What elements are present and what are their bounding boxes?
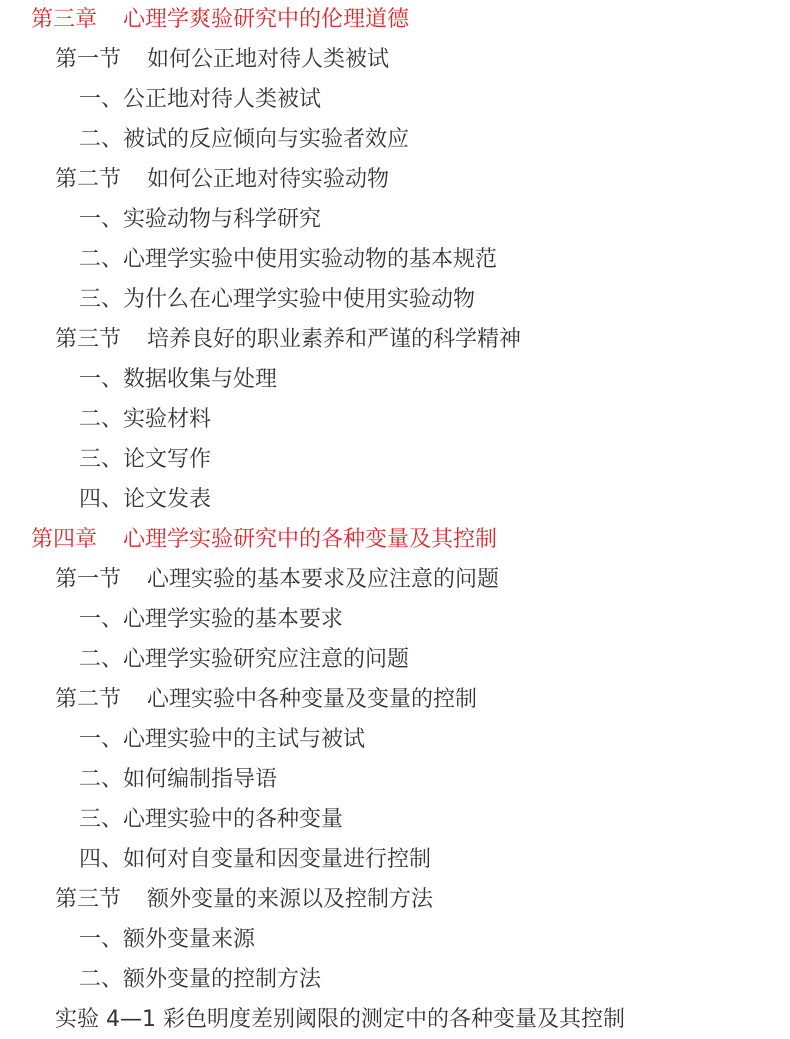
toc-item[interactable]: 一、数据收集与处理 — [79, 360, 277, 400]
toc-item[interactable]: 四、论文发表 — [79, 480, 211, 520]
toc-section[interactable]: 第一节如何公正地对待人类被试 — [55, 40, 389, 80]
toc-chapter-3[interactable]: 第三章心理学爽验研究中的伦理道德 — [31, 0, 409, 40]
toc-section[interactable]: 第二节心理实验中各种变量及变量的控制 — [55, 680, 477, 720]
toc-item[interactable]: 二、心理学实验研究应注意的问题 — [79, 640, 409, 680]
section-number: 第二节 — [55, 687, 121, 712]
toc-item[interactable]: 一、公正地对待人类被试 — [79, 80, 321, 120]
toc-item[interactable]: 一、心理学实验的基本要求 — [79, 600, 343, 640]
toc-item[interactable]: 三、心理实验中的各种变量 — [79, 800, 343, 840]
toc-item[interactable]: 二、如何编制指导语 — [79, 760, 277, 800]
section-number: 第三节 — [55, 327, 121, 352]
toc-item[interactable]: 一、心理实验中的主试与被试 — [79, 720, 365, 760]
chapter-number: 第三章 — [31, 7, 97, 32]
section-title: 培养良好的职业素养和严谨的科学精神 — [147, 327, 521, 352]
section-number: 第一节 — [55, 567, 121, 592]
chapter-title: 心理学实验研究中的各种变量及其控制 — [123, 527, 497, 552]
section-title: 心理实验的基本要求及应注意的问题 — [147, 567, 499, 592]
section-number: 第二节 — [55, 167, 121, 192]
toc-item[interactable]: 二、额外变量的控制方法 — [79, 960, 321, 1000]
toc-item[interactable]: 一、额外变量来源 — [79, 920, 255, 960]
toc-item[interactable]: 三、为什么在心理学实验中使用实验动物 — [79, 280, 475, 320]
toc-item[interactable]: 二、被试的反应倾向与实验者效应 — [79, 120, 409, 160]
toc-item[interactable]: 二、实验材料 — [79, 400, 211, 440]
section-number: 第一节 — [55, 47, 121, 72]
toc-section[interactable]: 第一节心理实验的基本要求及应注意的问题 — [55, 560, 499, 600]
section-title: 如何公正地对待人类被试 — [147, 47, 389, 72]
toc-chapter-4[interactable]: 第四章心理学实验研究中的各种变量及其控制 — [31, 520, 497, 560]
toc-item[interactable]: 二、心理学实验中使用实验动物的基本规范 — [79, 240, 497, 280]
toc-item[interactable]: 四、如何对自变量和因变量进行控制 — [79, 840, 431, 880]
chapter-number: 第四章 — [31, 527, 97, 552]
chapter-title: 心理学爽验研究中的伦理道德 — [123, 7, 409, 32]
toc-experiment[interactable]: 实验 4—1 彩色明度差别阈限的测定中的各种变量及其控制 — [55, 1000, 625, 1039]
toc-section[interactable]: 第三节额外变量的来源以及控制方法 — [55, 880, 433, 920]
toc-section[interactable]: 第三节培养良好的职业素养和严谨的科学精神 — [55, 320, 521, 360]
section-title: 心理实验中各种变量及变量的控制 — [147, 687, 477, 712]
toc-item[interactable]: 一、实验动物与科学研究 — [79, 200, 321, 240]
section-title: 额外变量的来源以及控制方法 — [147, 887, 433, 912]
section-number: 第三节 — [55, 887, 121, 912]
toc-item[interactable]: 三、论文写作 — [79, 440, 211, 480]
section-title: 如何公正地对待实验动物 — [147, 167, 389, 192]
toc-section[interactable]: 第二节如何公正地对待实验动物 — [55, 160, 389, 200]
